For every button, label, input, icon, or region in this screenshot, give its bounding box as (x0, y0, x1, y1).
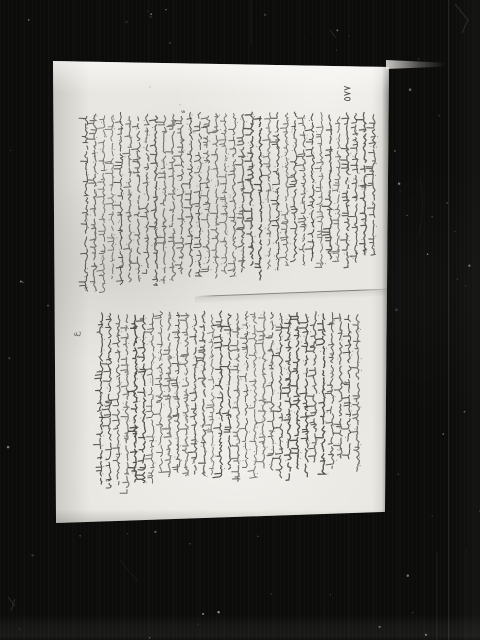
film-right-band (448, 0, 480, 640)
handwritten-text-layer (53, 61, 389, 523)
film-frame: ٥٧٧ ء ع (0, 0, 480, 640)
manuscript-page: ٥٧٧ ء ع (53, 61, 389, 523)
lower-text-block (94, 311, 362, 494)
film-bottom-band (0, 614, 480, 640)
upper-text-block (79, 112, 378, 293)
